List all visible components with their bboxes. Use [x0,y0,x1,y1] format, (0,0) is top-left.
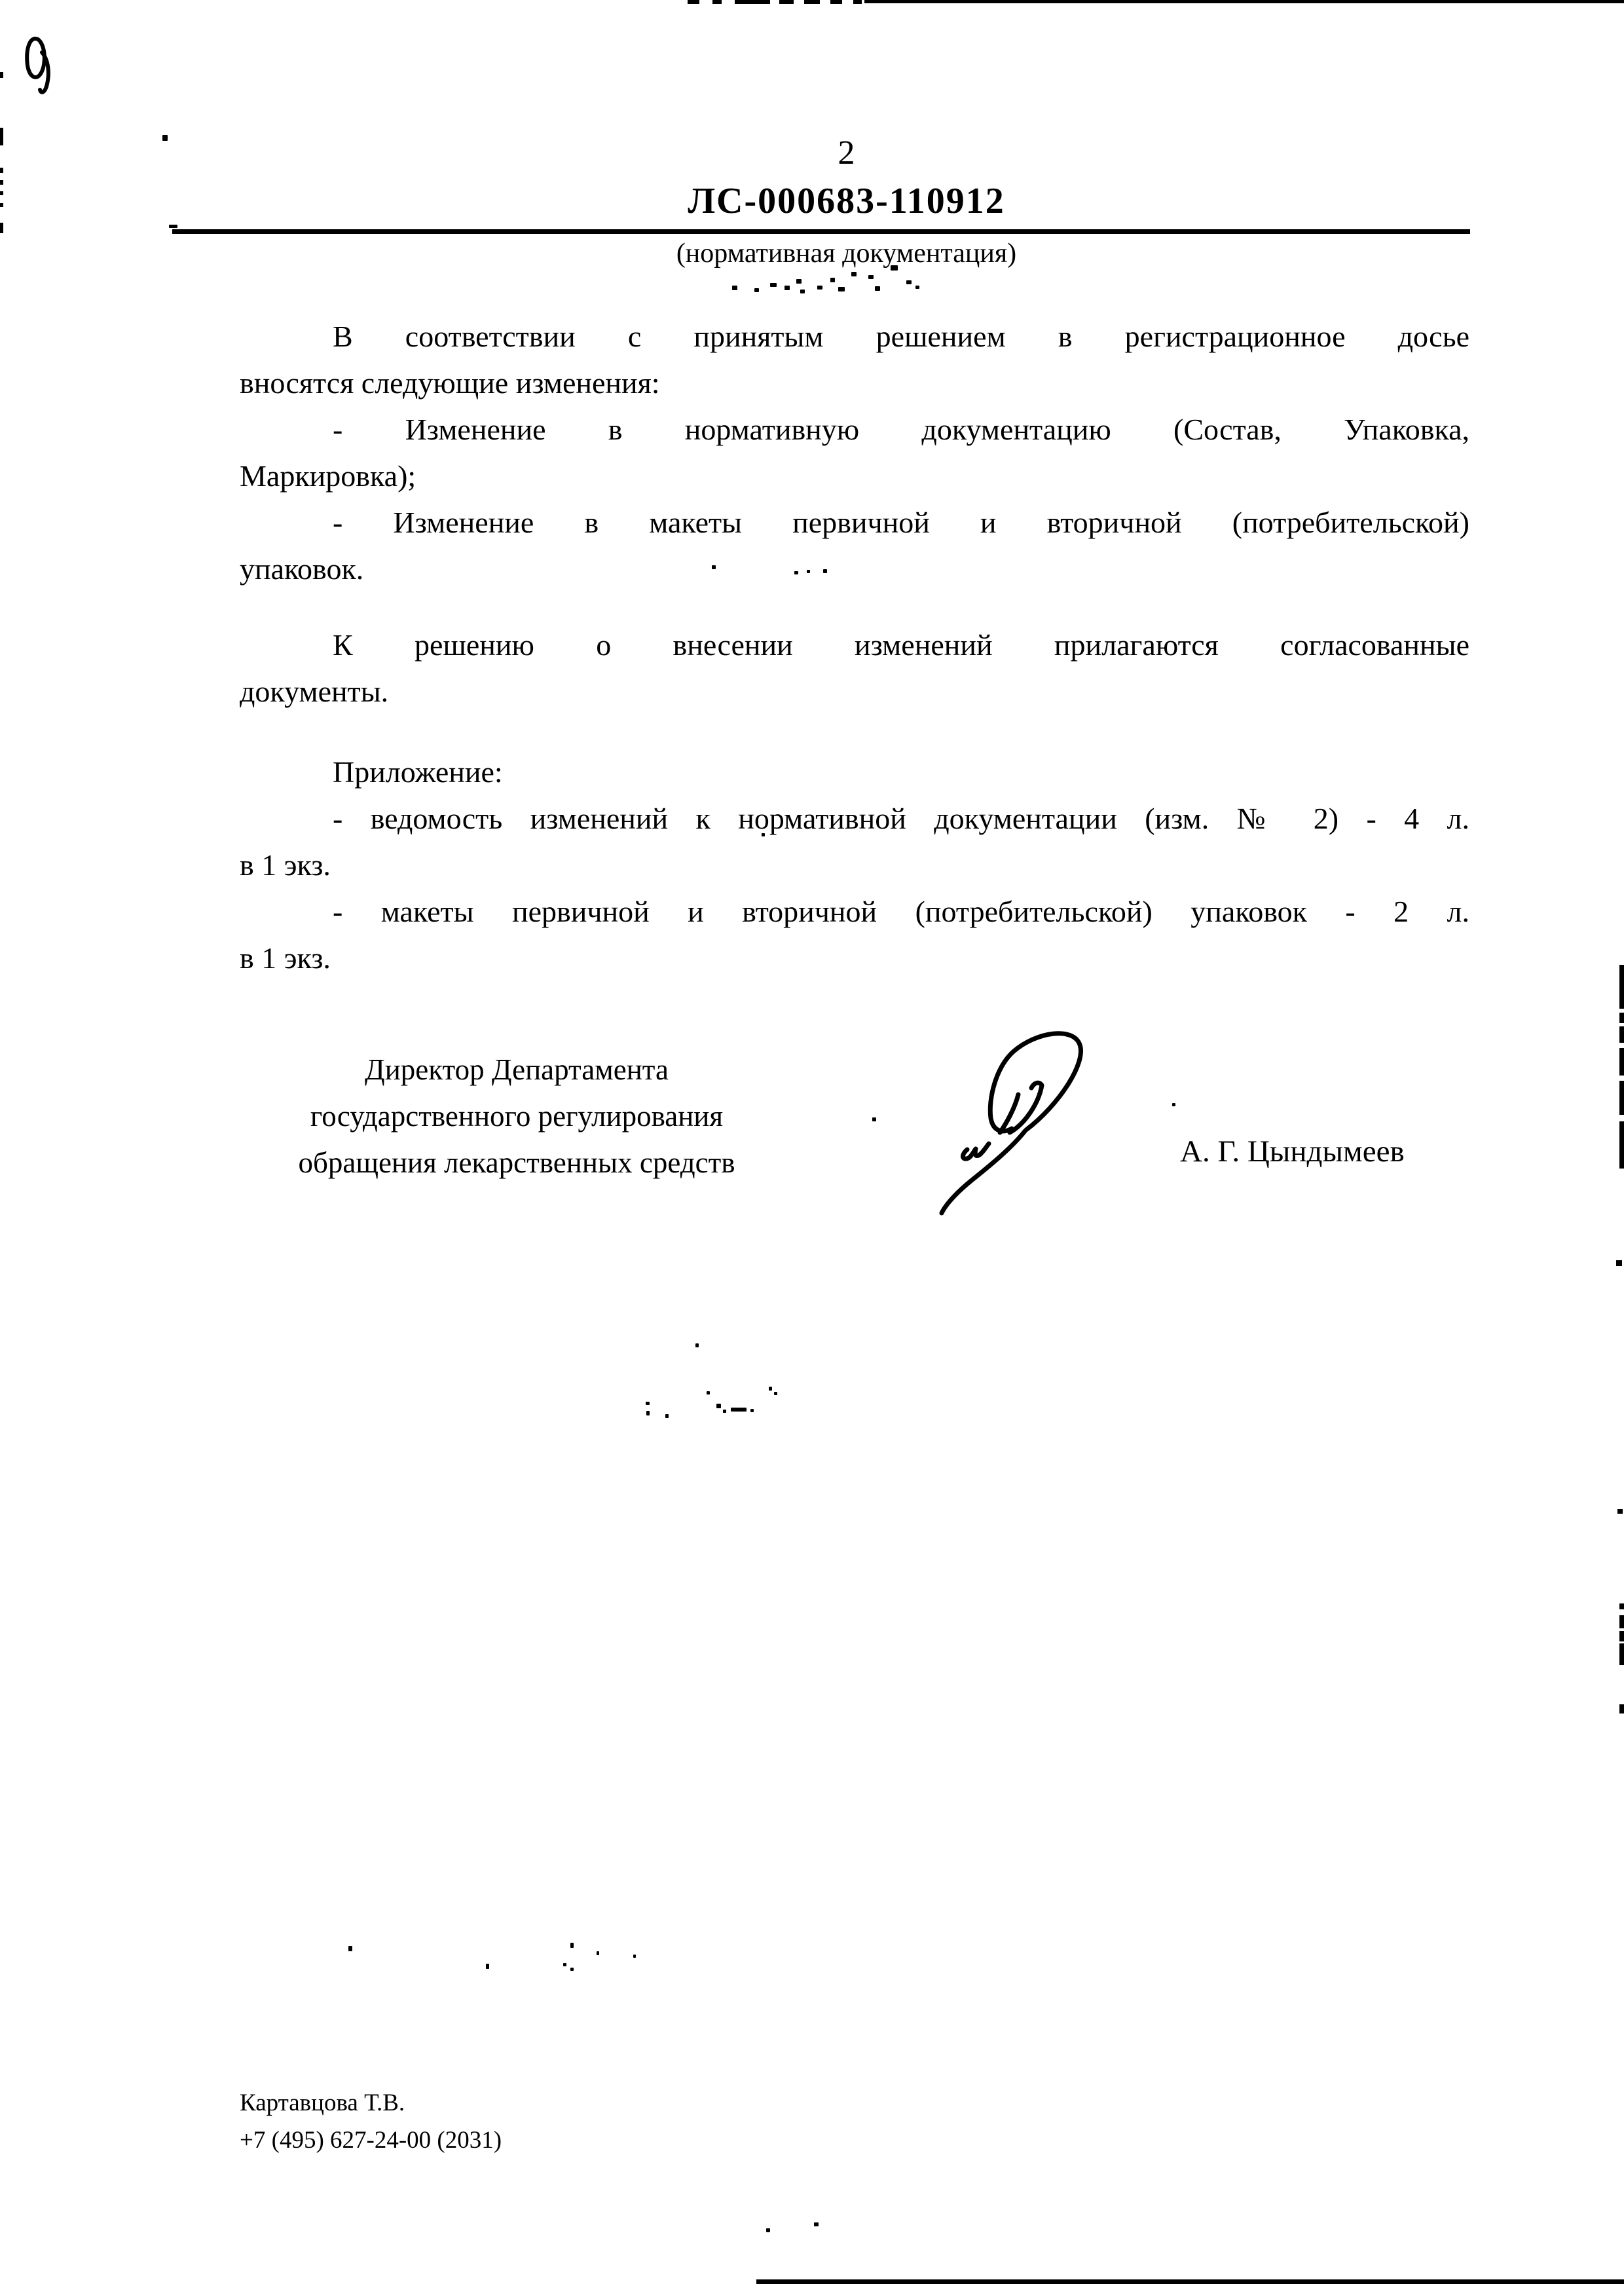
noise-dot [770,283,777,287]
noise-dot [807,570,810,573]
body-line: вносятся следующие изменения: [240,360,1469,406]
scan-artifact [0,128,3,145]
noise-dot [695,1343,699,1347]
body-line: в 1 экз. [240,935,1469,981]
scan-artifact [1619,1643,1624,1665]
noise-dot [716,1404,721,1408]
noise-dot [570,1943,574,1948]
scan-artifact [0,180,3,185]
noise-dot [891,265,898,271]
footer-contact: Картавцова Т.В. +7 (495) 627-24-00 (2031… [240,2084,502,2159]
scan-artifact [830,0,842,4]
scan-artifact [1617,1509,1623,1514]
scan-artifact [1619,965,1624,1009]
body-line: упаковок. [240,546,1469,592]
noise-dot [597,1951,599,1955]
scan-artifact [0,223,3,233]
noise-dot [762,833,765,836]
scan-artifact [0,168,3,173]
noise-dot [754,288,759,292]
scan-artifact [1619,1631,1624,1641]
noise-dot [707,1391,710,1395]
document-page: 2 ЛС-000683-110912 (нормативная документ… [0,0,1624,2284]
scan-artifact [804,0,820,4]
body-line: - макеты первичной и вторичной (потребит… [240,888,1469,935]
noise-dot [169,225,177,228]
scan-artifact [712,0,722,4]
body-line: документы. [240,668,1469,715]
noise-dot [851,272,857,276]
scan-artifact [779,0,794,4]
scan-artifact [1619,1704,1624,1713]
noise-dot [915,286,919,289]
noise-dot [723,1410,726,1413]
noise-dot [563,1963,566,1966]
noise-dot [872,1117,876,1121]
body-line: в 1 экз. [240,842,1469,888]
scan-artifact [0,72,3,78]
body-text: В соответствии с принятым решением в рег… [240,313,1469,981]
body-line: Приложение: [240,749,1469,795]
scan-artifact [735,0,770,4]
noise-dot [646,1411,650,1415]
scan-artifact [1619,1121,1624,1169]
noise-dot [486,1964,489,1969]
registration-number: ЛС-000683-110912 [223,181,1470,221]
signatory-name: А. Г. Цындымеев [1180,1133,1405,1170]
handwritten-corner-mark [24,31,69,103]
scan-artifact [1619,1081,1624,1115]
noise-dot [750,1409,754,1412]
noise-dot [784,286,790,290]
scan-artifact [0,203,3,207]
scan-artifact [756,2279,1624,2284]
scan-artifact [1619,1013,1624,1023]
page-number: 2 [223,135,1470,172]
noise-dot [830,278,835,282]
header-rule [172,229,1470,234]
body-line: Маркировка); [240,453,1469,499]
signature-scribble [933,1025,1097,1228]
signatory-title-line: Директор Департамента [241,1047,792,1093]
noise-dot [800,290,805,293]
body-line: - ведомость изменений к нормативной доку… [240,795,1469,842]
noise-dot [665,1414,669,1418]
scan-artifact [1619,1615,1624,1628]
noise-dot [1172,1103,1175,1106]
noise-dot [570,1968,574,1971]
noise-dot [731,1408,747,1412]
body-line: - Изменение в нормативную документацию (… [240,406,1469,453]
noise-dot [796,279,802,284]
noise-dot [838,287,845,291]
signatory-title-line: государственного регулирования [241,1093,792,1140]
scan-artifact [1616,1260,1622,1266]
scan-artifact [1619,1026,1624,1043]
noise-dot [875,286,880,291]
body-line: - Изменение в макеты первичной и вторичн… [240,499,1469,546]
noise-dot [732,286,737,290]
signatory-title: Директор Департаментагосударственного ре… [241,1047,792,1186]
noise-dot [348,1946,352,1951]
body-line: В соответствии с принятым решением в рег… [240,313,1469,360]
registration-caption: (нормативная документация) [223,237,1470,270]
noise-dot [633,1955,636,1958]
scan-artifact [1619,1048,1624,1076]
executor-phone: +7 (495) 627-24-00 (2031) [240,2122,502,2159]
scan-artifact [1619,1603,1624,1609]
body-line: К решению о внесении изменений прилагают… [240,622,1469,668]
scan-artifact [688,0,699,4]
noise-dot [823,569,827,573]
noise-dot [646,1402,650,1405]
signatory-title-line: обращения лекарственных средств [241,1140,792,1186]
executor-name: Картавцова Т.В. [240,2084,502,2122]
noise-dot [712,565,716,569]
noise-dot [794,571,798,574]
noise-dot [162,135,168,141]
noise-dot [814,2222,819,2226]
noise-dot [774,1392,777,1395]
scan-artifact [853,0,862,4]
noise-dot [766,2228,770,2232]
noise-dot [906,280,912,284]
scan-artifact [864,0,1624,3]
noise-dot [769,1387,772,1391]
noise-dot [817,286,822,290]
noise-dot [868,275,874,279]
scan-artifact [0,191,3,195]
